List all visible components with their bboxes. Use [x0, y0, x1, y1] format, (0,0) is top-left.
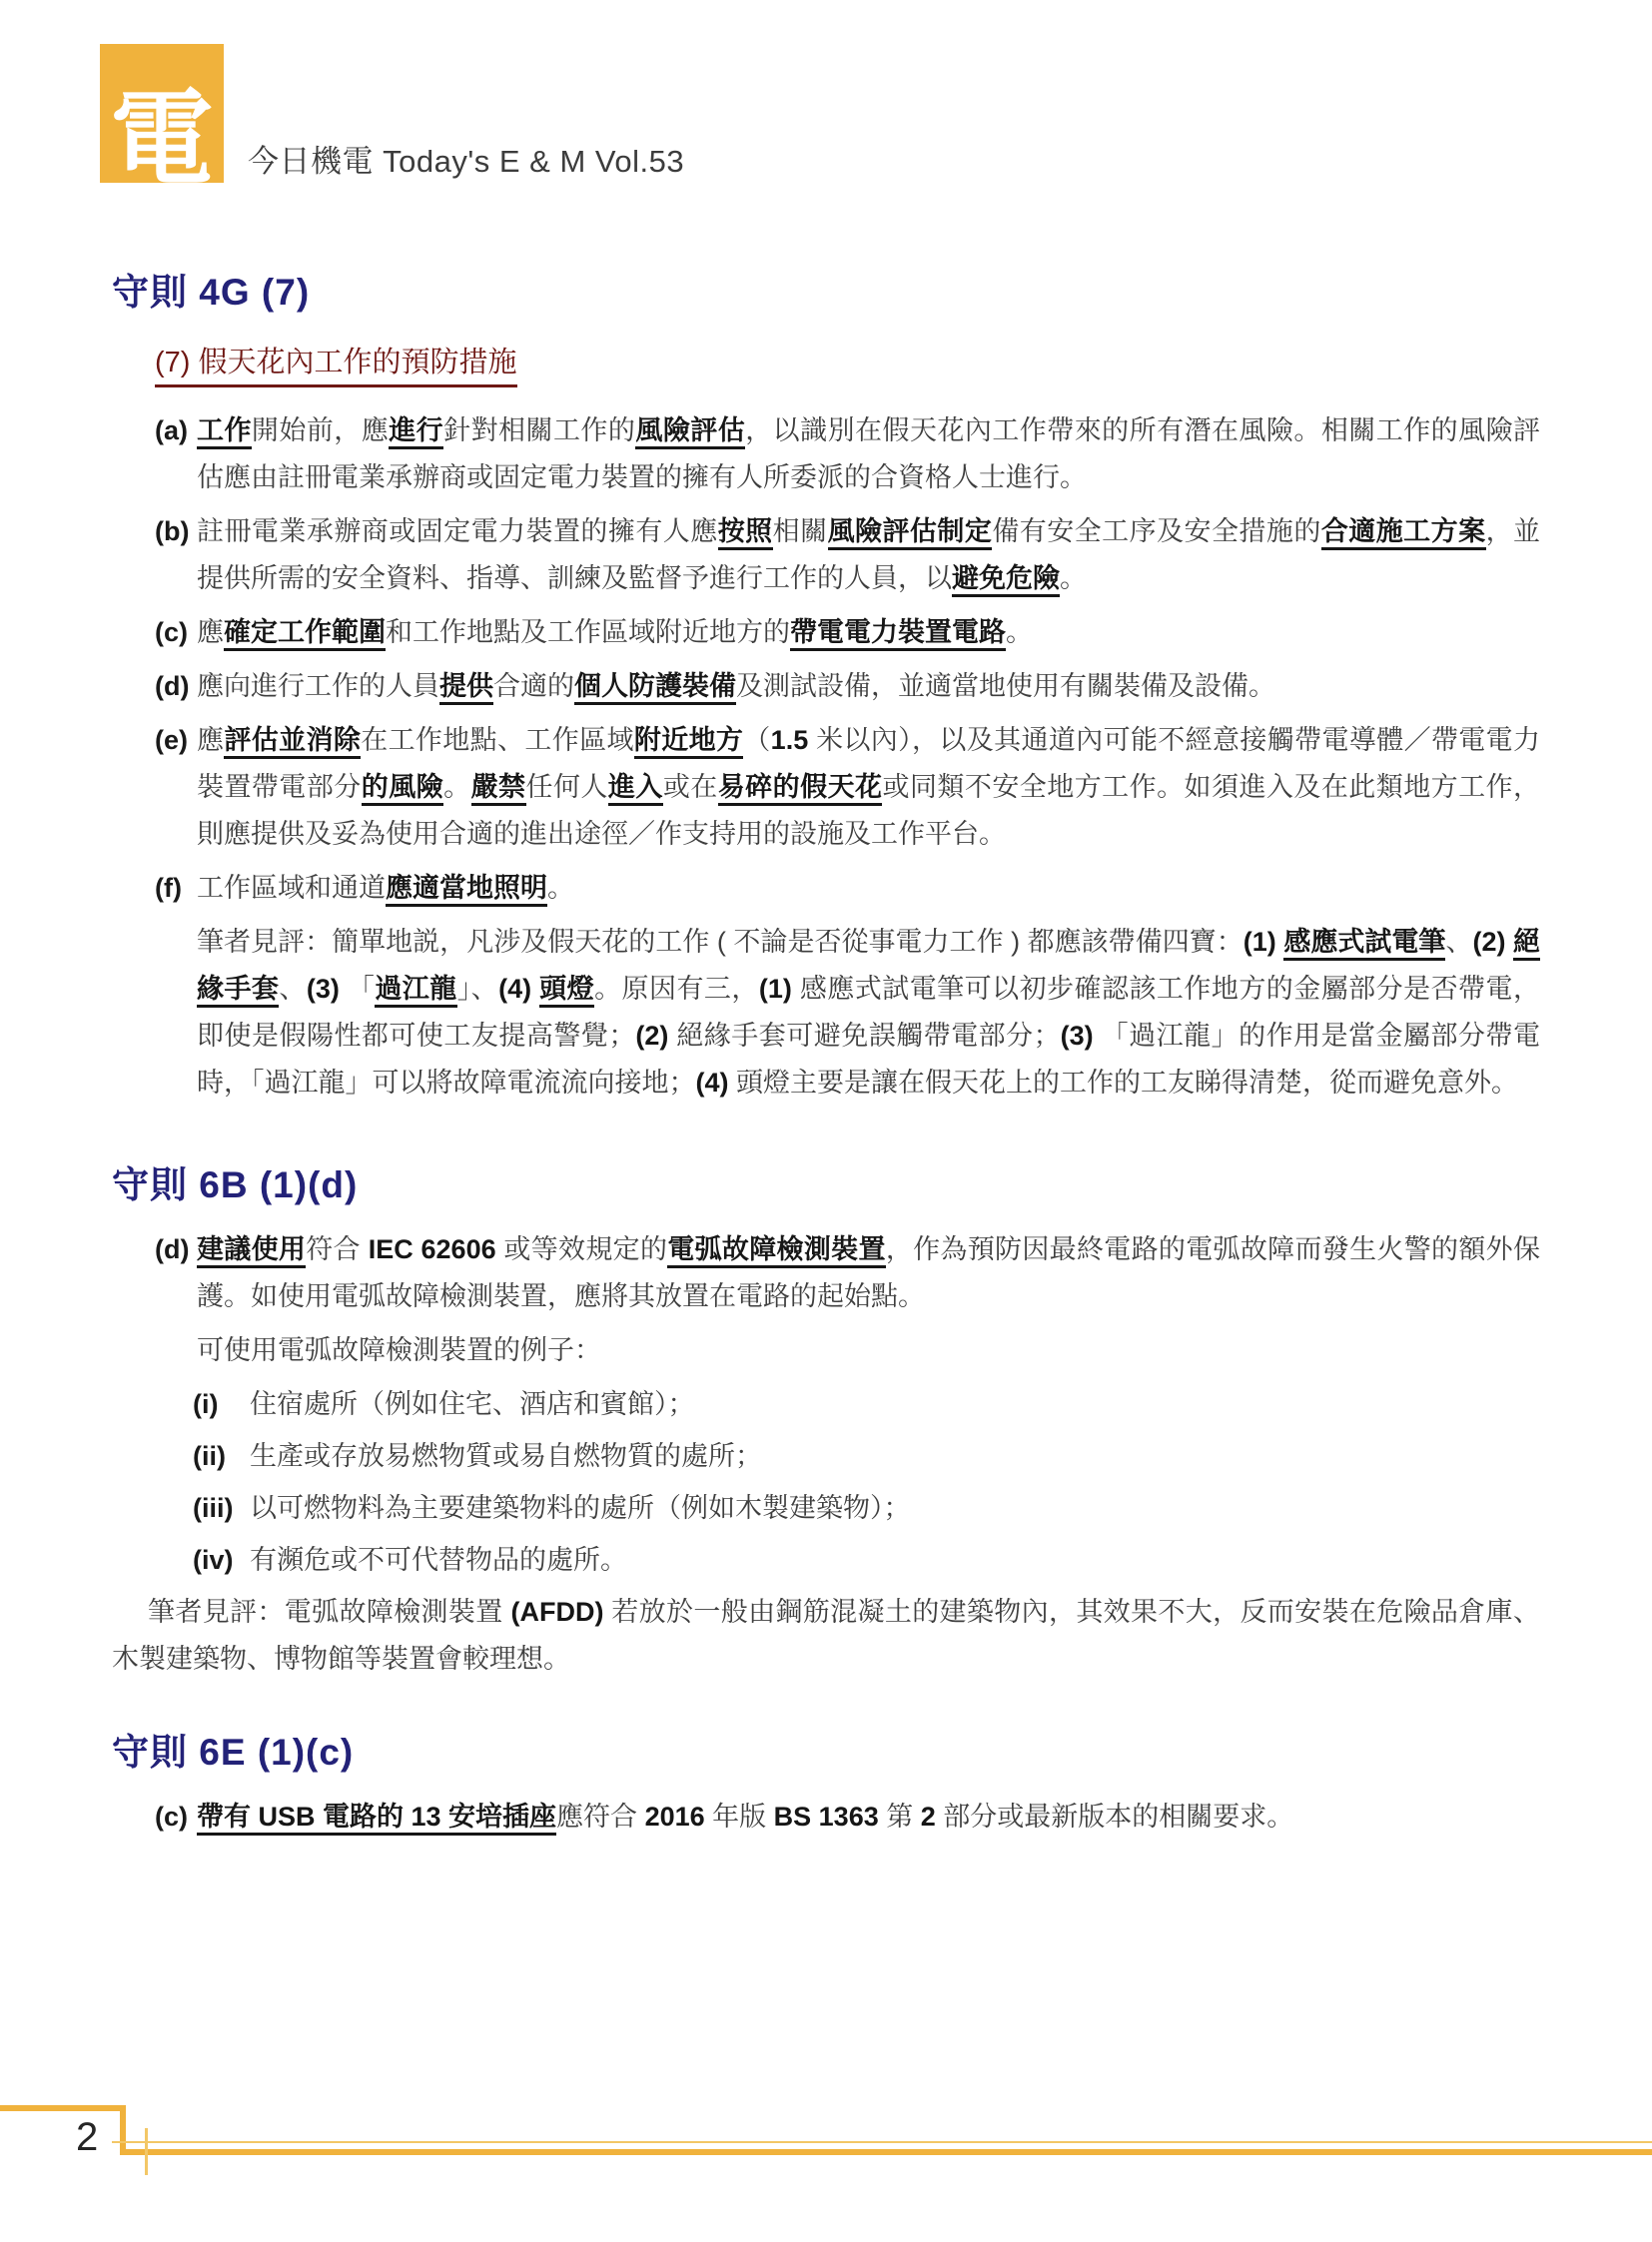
author-commentary-6b1d: 筆者見評：電弧故障檢測裝置 (AFDD) 若放於一般由鋼筋混凝土的建築物內，其效…	[112, 1589, 1540, 1683]
sub-item-iv: (iv) 有瀕危或不可代替物品的處所。	[112, 1537, 1540, 1584]
footer-rule-thin	[112, 2141, 1652, 2143]
item-marker: (e)	[155, 717, 197, 858]
item-text: 生產或存放易燃物質或易自燃物質的處所；	[250, 1433, 1540, 1480]
item-marker: (c)	[155, 1794, 197, 1841]
item-marker: (iii)	[193, 1485, 250, 1532]
item-marker: (b)	[155, 508, 197, 602]
item-marker: (a)	[155, 407, 197, 501]
item-text: 住宿處所（例如住宅、酒店和賓館）；	[250, 1381, 1540, 1428]
footer-rule-thin-vertical	[145, 2128, 148, 2175]
footer-rule-top	[0, 2105, 126, 2111]
page-number: 2	[76, 2115, 98, 2160]
section-heading-4g7: 守則 4G (7)	[112, 270, 1540, 316]
list-item-e: (e) 應評估並消除在工作地點、工作區域附近地方（1.5 米以內），以及其通道內…	[112, 717, 1540, 858]
item-text: 建議使用符合 IEC 62606 或等效規定的電弧故障檢測裝置，作為預防因最終電…	[197, 1226, 1540, 1320]
logo-character: 電	[110, 87, 214, 183]
author-commentary-4g7: 筆者見評：簡單地説，凡涉及假天花的工作 ( 不論是否從事電力工作 ) 都應該帶備…	[112, 919, 1540, 1107]
subsection-heading: (7) 假天花內工作的預防措施	[155, 345, 517, 387]
journal-title: 今日機電 Today's E & M Vol.53	[248, 136, 684, 181]
list-item-f: (f) 工作區域和通道應適當地照明。	[112, 865, 1540, 912]
sub-item-i: (i) 住宿處所（例如住宅、酒店和賓館）；	[112, 1381, 1540, 1428]
item-marker	[155, 919, 197, 1107]
item-marker: (i)	[193, 1381, 250, 1428]
document-page: 電 今日機電 Today's E & M Vol.53 守則 4G (7) (7…	[0, 0, 1652, 2242]
item-marker: (f)	[155, 865, 197, 912]
list-item-c-6e: (c) 帶有 USB 電路的 13 安培插座應符合 2016 年版 BS 136…	[112, 1794, 1540, 1841]
item-text: 應確定工作範圍和工作地點及工作區域附近地方的帶電電力裝置電路。	[197, 609, 1540, 656]
sub-item-iii: (iii) 以可燃物料為主要建築物料的處所（例如木製建築物）；	[112, 1485, 1540, 1532]
footer-rule-bottom	[120, 2149, 1652, 2155]
item-text: 可使用電弧故障檢測裝置的例子：	[197, 1327, 1540, 1374]
subsection-heading-wrap: (7) 假天花內工作的預防措施	[155, 340, 1540, 387]
examples-intro: 可使用電弧故障檢測裝置的例子：	[112, 1327, 1540, 1374]
list-item-d-6b: (d) 建議使用符合 IEC 62606 或等效規定的電弧故障檢測裝置，作為預防…	[112, 1226, 1540, 1320]
document-body: 守則 4G (7) (7) 假天花內工作的預防措施 (a) 工作開始前，應進行針…	[112, 270, 1540, 1848]
list-item-c: (c) 應確定工作範圍和工作地點及工作區域附近地方的帶電電力裝置電路。	[112, 609, 1540, 656]
section-heading-6b1d: 守則 6B (1)(d)	[112, 1162, 1540, 1208]
item-marker: (ii)	[193, 1433, 250, 1480]
list-item-b: (b) 註冊電業承辦商或固定電力裝置的擁有人應按照相關風險評估制定備有安全工序及…	[112, 508, 1540, 602]
item-text: 有瀕危或不可代替物品的處所。	[250, 1537, 1540, 1584]
item-marker: (iv)	[193, 1537, 250, 1584]
sub-item-ii: (ii) 生產或存放易燃物質或易自燃物質的處所；	[112, 1433, 1540, 1480]
item-text: 註冊電業承辦商或固定電力裝置的擁有人應按照相關風險評估制定備有安全工序及安全措施…	[197, 508, 1540, 602]
footer-rule-vertical	[120, 2105, 126, 2155]
section-heading-6e1c: 守則 6E (1)(c)	[112, 1730, 1540, 1776]
list-item-d: (d) 應向進行工作的人員提供合適的個人防護裝備及測試設備，並適當地使用有關裝備…	[112, 663, 1540, 710]
item-text: 帶有 USB 電路的 13 安培插座應符合 2016 年版 BS 1363 第 …	[197, 1794, 1540, 1841]
item-marker: (c)	[155, 609, 197, 656]
item-marker: (d)	[155, 1226, 197, 1320]
journal-logo: 電	[100, 44, 224, 183]
item-text: 以可燃物料為主要建築物料的處所（例如木製建築物）；	[250, 1485, 1540, 1532]
item-text: 應向進行工作的人員提供合適的個人防護裝備及測試設備，並適當地使用有關裝備及設備。	[197, 663, 1540, 710]
item-text: 工作開始前，應進行針對相關工作的風險評估，以識別在假天花內工作帶來的所有潛在風險…	[197, 407, 1540, 501]
item-text: 筆者見評：簡單地説，凡涉及假天花的工作 ( 不論是否從事電力工作 ) 都應該帶備…	[197, 919, 1540, 1107]
item-marker: (d)	[155, 663, 197, 710]
item-text: 工作區域和通道應適當地照明。	[197, 865, 1540, 912]
item-marker	[155, 1327, 197, 1374]
list-item-a: (a) 工作開始前，應進行針對相關工作的風險評估，以識別在假天花內工作帶來的所有…	[112, 407, 1540, 501]
item-text: 應評估並消除在工作地點、工作區域附近地方（1.5 米以內），以及其通道內可能不經…	[197, 717, 1540, 858]
